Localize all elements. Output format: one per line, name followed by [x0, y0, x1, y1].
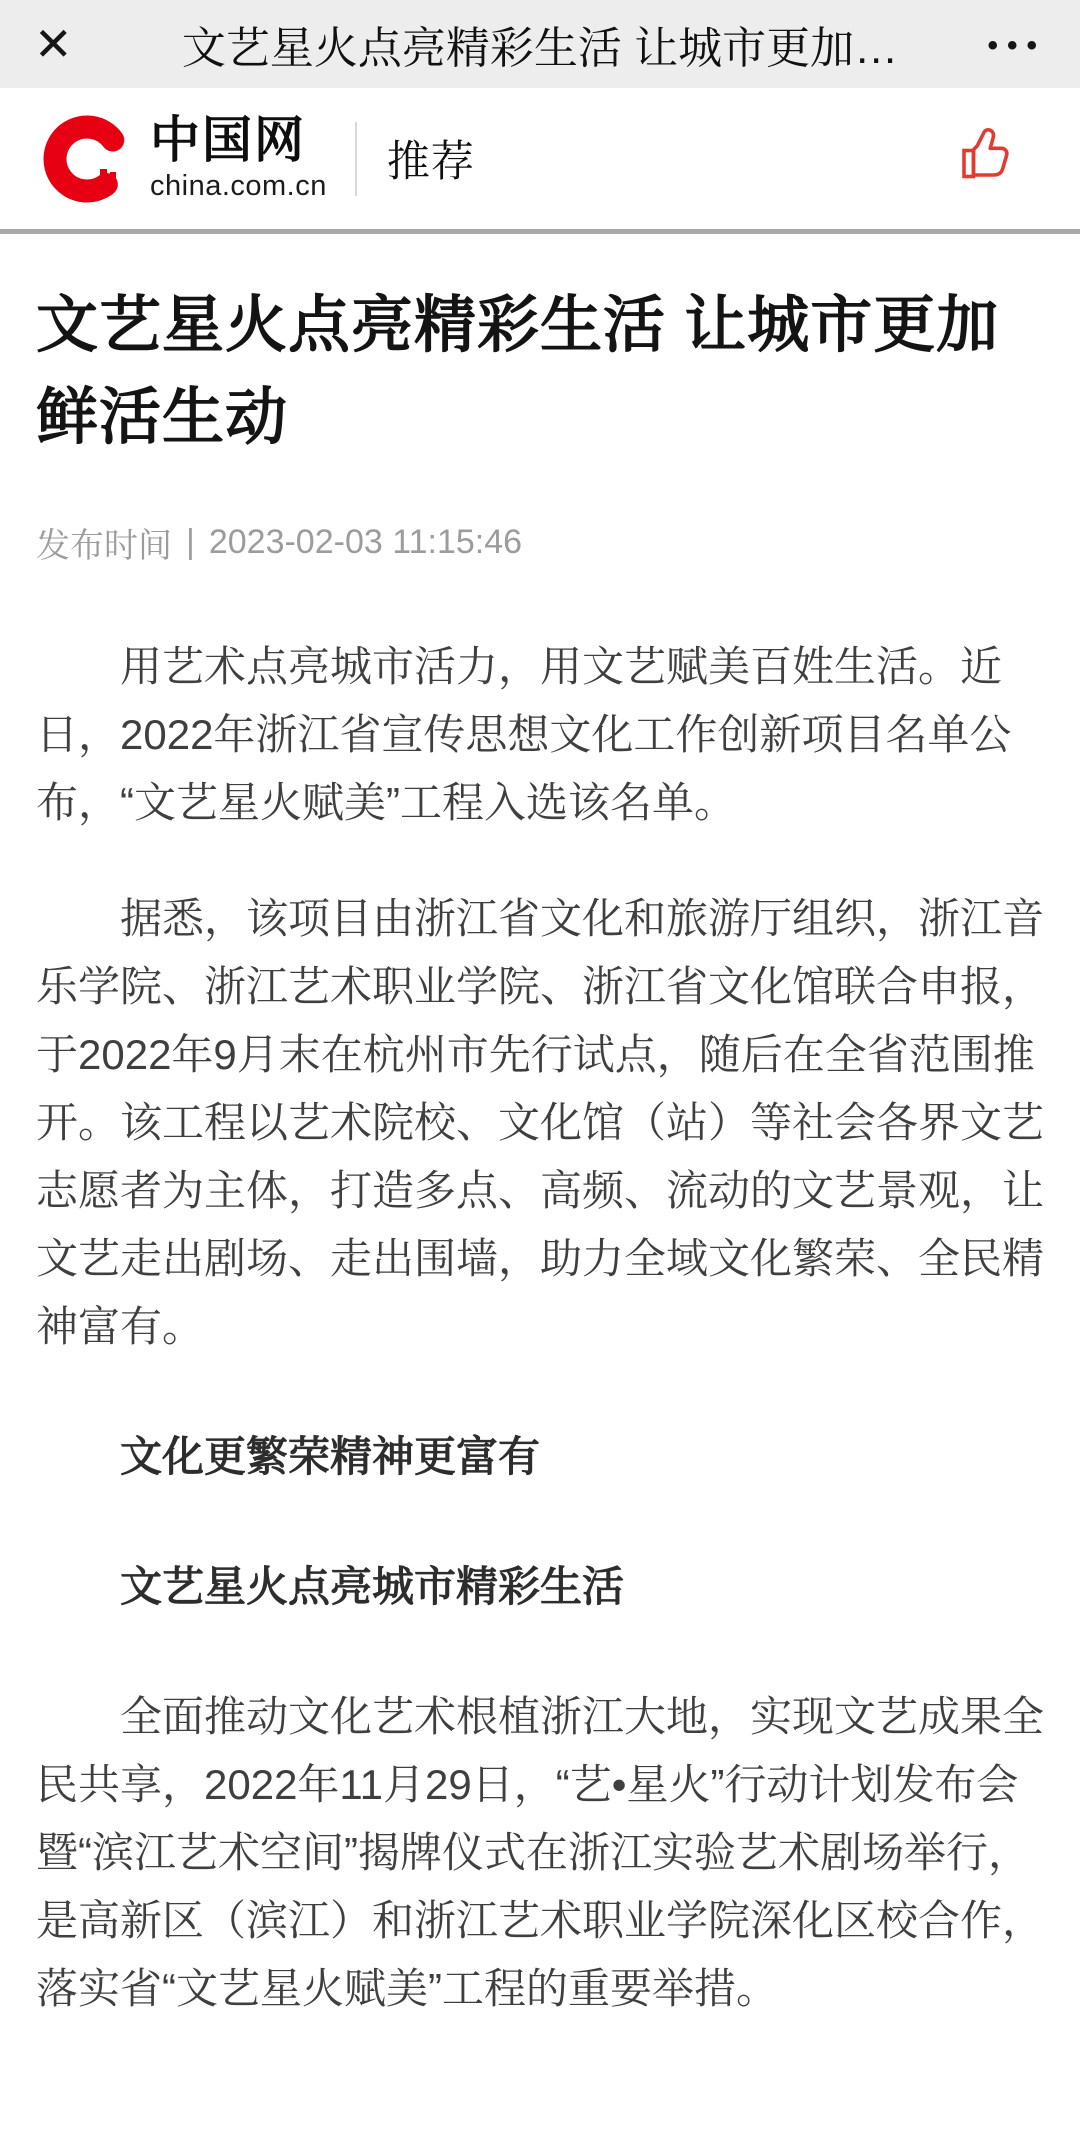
article-title: 文艺星火点亮精彩生活 让城市更加鲜活生动 — [36, 280, 1044, 464]
article: 文艺星火点亮精彩生活 让城市更加鲜活生动 发布时间 | 2023-02-03 1… — [0, 280, 1080, 2141]
article-paragraph: 用艺术点亮城市活力，用文艺赋美百姓生活。近日，2022年浙江省宣传思想文化工作创… — [36, 633, 1044, 837]
article-body: 用艺术点亮城市活力，用文艺赋美百姓生活。近日，2022年浙江省宣传思想文化工作创… — [36, 633, 1044, 2023]
publish-timestamp: 2023-02-03 11:15:46 — [209, 523, 522, 562]
article-paragraph: 据悉，该项目由浙江省文化和旅游厅组织，浙江音乐学院、浙江艺术职业学院、浙江省文化… — [36, 885, 1044, 1361]
topbar: ✕ 文艺星火点亮精彩生活 让城市更加… ••• — [0, 0, 1080, 88]
publish-time: 发布时间 | 2023-02-03 11:15:46 — [36, 518, 1044, 567]
topbar-title: 文艺星火点亮精彩生活 让城市更加… — [140, 0, 940, 88]
header-divider — [0, 229, 1080, 234]
brand-logo[interactable]: 中国网 china.com.cn — [40, 112, 327, 206]
header-vertical-divider — [355, 122, 357, 196]
channel-label: 推荐 — [387, 128, 475, 189]
publish-separator: | — [186, 523, 195, 562]
like-button[interactable] — [954, 124, 1038, 193]
thumbs-up-icon — [954, 124, 1018, 193]
brand-text: 中国网 china.com.cn — [150, 113, 327, 203]
publish-label: 发布时间 — [36, 518, 172, 567]
brand-name: 中国网 — [150, 113, 327, 167]
close-icon[interactable]: ✕ — [34, 21, 94, 67]
site-header: 中国网 china.com.cn 推荐 — [0, 88, 1080, 229]
article-subheading: 文艺星火点亮城市精彩生活 — [36, 1553, 1044, 1621]
article-paragraph: 全面推动文化艺术根植浙江大地，实现文艺成果全民共享，2022年11月29日，“艺… — [36, 1683, 1044, 2023]
china-net-logo-icon — [40, 112, 134, 206]
brand-domain: china.com.cn — [150, 170, 327, 203]
more-menu-icon[interactable]: ••• — [987, 25, 1046, 63]
article-subheading: 文化更繁荣精神更富有 — [36, 1423, 1044, 1491]
webview-page: { "topbar": { "close_icon": "✕", "title"… — [0, 0, 1080, 2141]
